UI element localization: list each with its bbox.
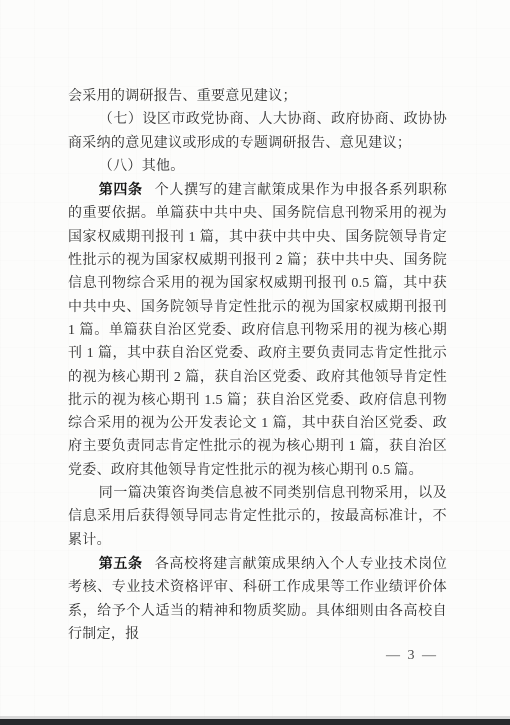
- paragraph-item-7: （七）设区市政党协商、人大协商、政府协商、政协协商采纳的意见建议或形成的专题调研…: [68, 108, 447, 155]
- paragraph-counting-rule: 同一篇决策咨询类信息被不同类别信息刊物采用，以及信息采用后获得领导同志肯定性批示…: [68, 482, 447, 552]
- paragraph-text: （七）设区市政党协商、人大协商、政府协商、政协协商采纳的意见建议或形成的专题调研…: [68, 112, 447, 150]
- paragraph-article-4: 第四条个人撰写的建言献策成果作为申报各系列职称的重要依据。单篇获中共中央、国务院…: [68, 178, 447, 482]
- article-4-heading: 第四条: [99, 181, 143, 197]
- article-5-heading: 第五条: [99, 555, 143, 571]
- paragraph-text: 会采用的调研报告、重要意见建议；: [68, 89, 297, 104]
- page-number: — 3 —: [386, 648, 438, 664]
- paragraph-item-8: （八）其他。: [68, 155, 447, 178]
- document-text-block: 会采用的调研报告、重要意见建议； （七）设区市政党协商、人大协商、政府协商、政协…: [68, 85, 447, 646]
- paragraph-continuation: 会采用的调研报告、重要意见建议；: [68, 85, 447, 108]
- scan-edge-shadow: [0, 719, 510, 725]
- paragraph-article-5: 第五条各高校将建言献策成果纳入个人专业技术岗位考核、专业技术资格评审、科研工作成…: [68, 552, 447, 646]
- paragraph-text: 同一篇决策咨询类信息被不同类别信息刊物采用，以及信息采用后获得领导同志肯定性批示…: [68, 486, 447, 548]
- paragraph-text: 个人撰写的建言献策成果作为申报各系列职称的重要依据。单篇获中共中央、国务院信息刊…: [68, 183, 447, 478]
- paragraph-text: （八）其他。: [99, 159, 185, 174]
